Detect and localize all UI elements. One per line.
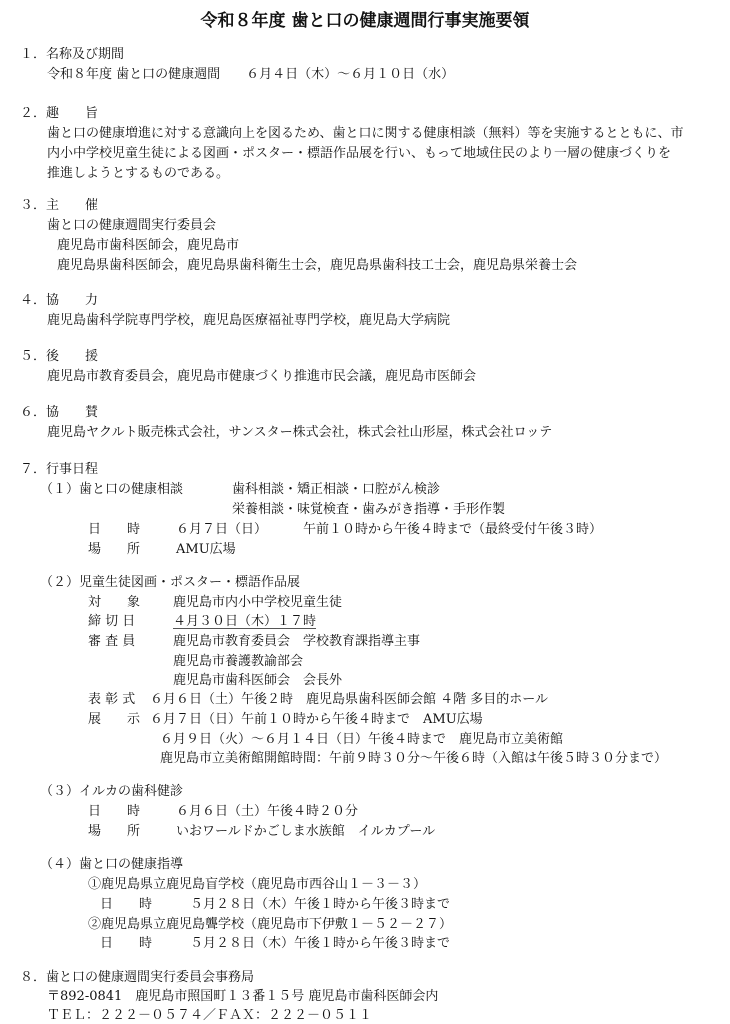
section-6-heading: ６．協 賛 [20,405,98,421]
event-3-place-label: 場 所 [88,824,140,840]
section-7-heading: ７．行事日程 [20,462,98,478]
school-2-date: ５月２８日（木）午後１時から午後３時まで [190,936,450,952]
event-1-date-label: 日 時 [88,522,140,538]
event-2-target-label: 対 象 [88,595,140,611]
event-2-award: ６月６日（土）午後２時 鹿児島県歯科医師会館 ４階 多目的ホール [150,692,548,708]
section-1-period: 令和８年度 歯と口の健康週間 ６月４日（木）～６月１０日（水） [47,67,454,83]
exhibit-line: 鹿児島市立美術館開館時間：午前９時３０分～午後６時（入館は午後５時３０分まで） [160,751,667,767]
event-3-heading: （３）イルカの歯科健診 [40,784,183,800]
organizer-line: 鹿児島市歯科医師会，鹿児島市 [57,238,239,254]
event-1-time: 午前１０時から午後４時まで（最終受付午後３時） [303,522,602,538]
event-1-place: AMU広場 [176,542,236,558]
event-2-exhibit-label: 展 示 [88,712,140,728]
event-2-target: 鹿児島市内小中学校児童生徒 [173,595,342,611]
event-2-deadline: ４月３０日（木）１７時 [173,614,316,630]
section-1-heading: １．名称及び期間 [20,47,124,63]
event-3-place: いおワールドかごしま水族館 イルカプール [176,824,435,840]
event-2-heading: （２）児童生徒図画・ポスター・標語作品展 [40,575,300,591]
event-4-heading: （４）歯と口の健康指導 [40,857,183,873]
exhibit-line: ６月７日（日）午前１０時から午後４時まで AMU広場 [150,712,483,728]
organizer-line: 鹿児島県歯科医師会，鹿児島県歯科衛生士会，鹿児島県歯科技工士会，鹿児島県栄養士会 [57,258,577,274]
event-3-date: ６月６日（土）午後４時２０分 [176,804,358,820]
judge-line: 鹿児島市教育委員会 学校教育課指導主事 [173,634,420,650]
event-1-date: ６月７日（日） [176,522,267,538]
event-1-place-label: 場 所 [88,542,140,558]
school-1-date: ５月２８日（木）午後１時から午後３時まで [190,897,450,913]
judge-line: 鹿児島市歯科医師会 会長外 [173,673,342,689]
exhibit-line: ６月９日（火）～６月１４日（日）午後４時まで 鹿児島市立美術館 [160,732,563,748]
event-3-date-label: 日 時 [88,804,140,820]
event-1-detail: 歯科相談・矯正相談・口腔がん検診 [232,482,440,498]
event-2-award-label: 表 彰 式 [88,692,135,708]
section-2-heading: ２．趣 旨 [20,106,98,122]
school-1-date-label: 日 時 [100,897,152,913]
cooperation-line: 鹿児島歯科学院専門学校，鹿児島医療福祉専門学校，鹿児島大学病院 [47,313,450,329]
section-2-line: 内小中学校児童生徒による図画・ポスター・標語作品展を行い、もって地域住民のより一… [47,146,671,162]
school-1: ①鹿児島県立鹿児島盲学校（鹿児島市西谷山１－３－３） [88,877,426,893]
school-2-date-label: 日 時 [100,936,152,952]
section-4-heading: ４．協 力 [20,293,98,309]
sponsor-line: 鹿児島ヤクルト販売株式会社，サンスター株式会社，株式会社山形屋，株式会社ロッテ [47,425,552,441]
section-2-line: 歯と口の健康増進に対する意識向上を図るため、歯と口に関する健康相談（無料）等を実… [47,126,683,142]
office-address: 〒892-0841 鹿児島市照国町１３番１５号 鹿児島市歯科医師会内 [47,989,438,1005]
support-line: 鹿児島市教育委員会，鹿児島市健康づくり推進市民会議，鹿児島市医師会 [47,369,476,385]
event-1-heading: （１）歯と口の健康相談 [40,482,183,498]
section-8-heading: ８．歯と口の健康週間実行委員会事務局 [20,970,254,986]
event-2-deadline-label: 締 切 日 [88,614,135,630]
event-2-judges-label: 審 査 員 [88,634,135,650]
event-1-detail: 栄養相談・味覚検査・歯みがき指導・手形作製 [232,502,505,518]
page-title: 令和８年度 歯と口の健康週間行事実施要領 [0,6,730,31]
organizer-line: 歯と口の健康週間実行委員会 [47,218,216,234]
school-2: ②鹿児島県立鹿児島聾学校（鹿児島市下伊敷１－５２－２７） [88,917,452,933]
section-5-heading: ５．後 援 [20,349,98,365]
section-2-line: 推進しようとするものである。 [47,166,229,182]
section-3-heading: ３．主 催 [20,198,98,214]
office-contact: ＴＥＬ：２２２－０５７４／ＦＡＸ：２２２－０５１１ [47,1008,372,1024]
judge-line: 鹿児島市養護教諭部会 [173,654,303,670]
